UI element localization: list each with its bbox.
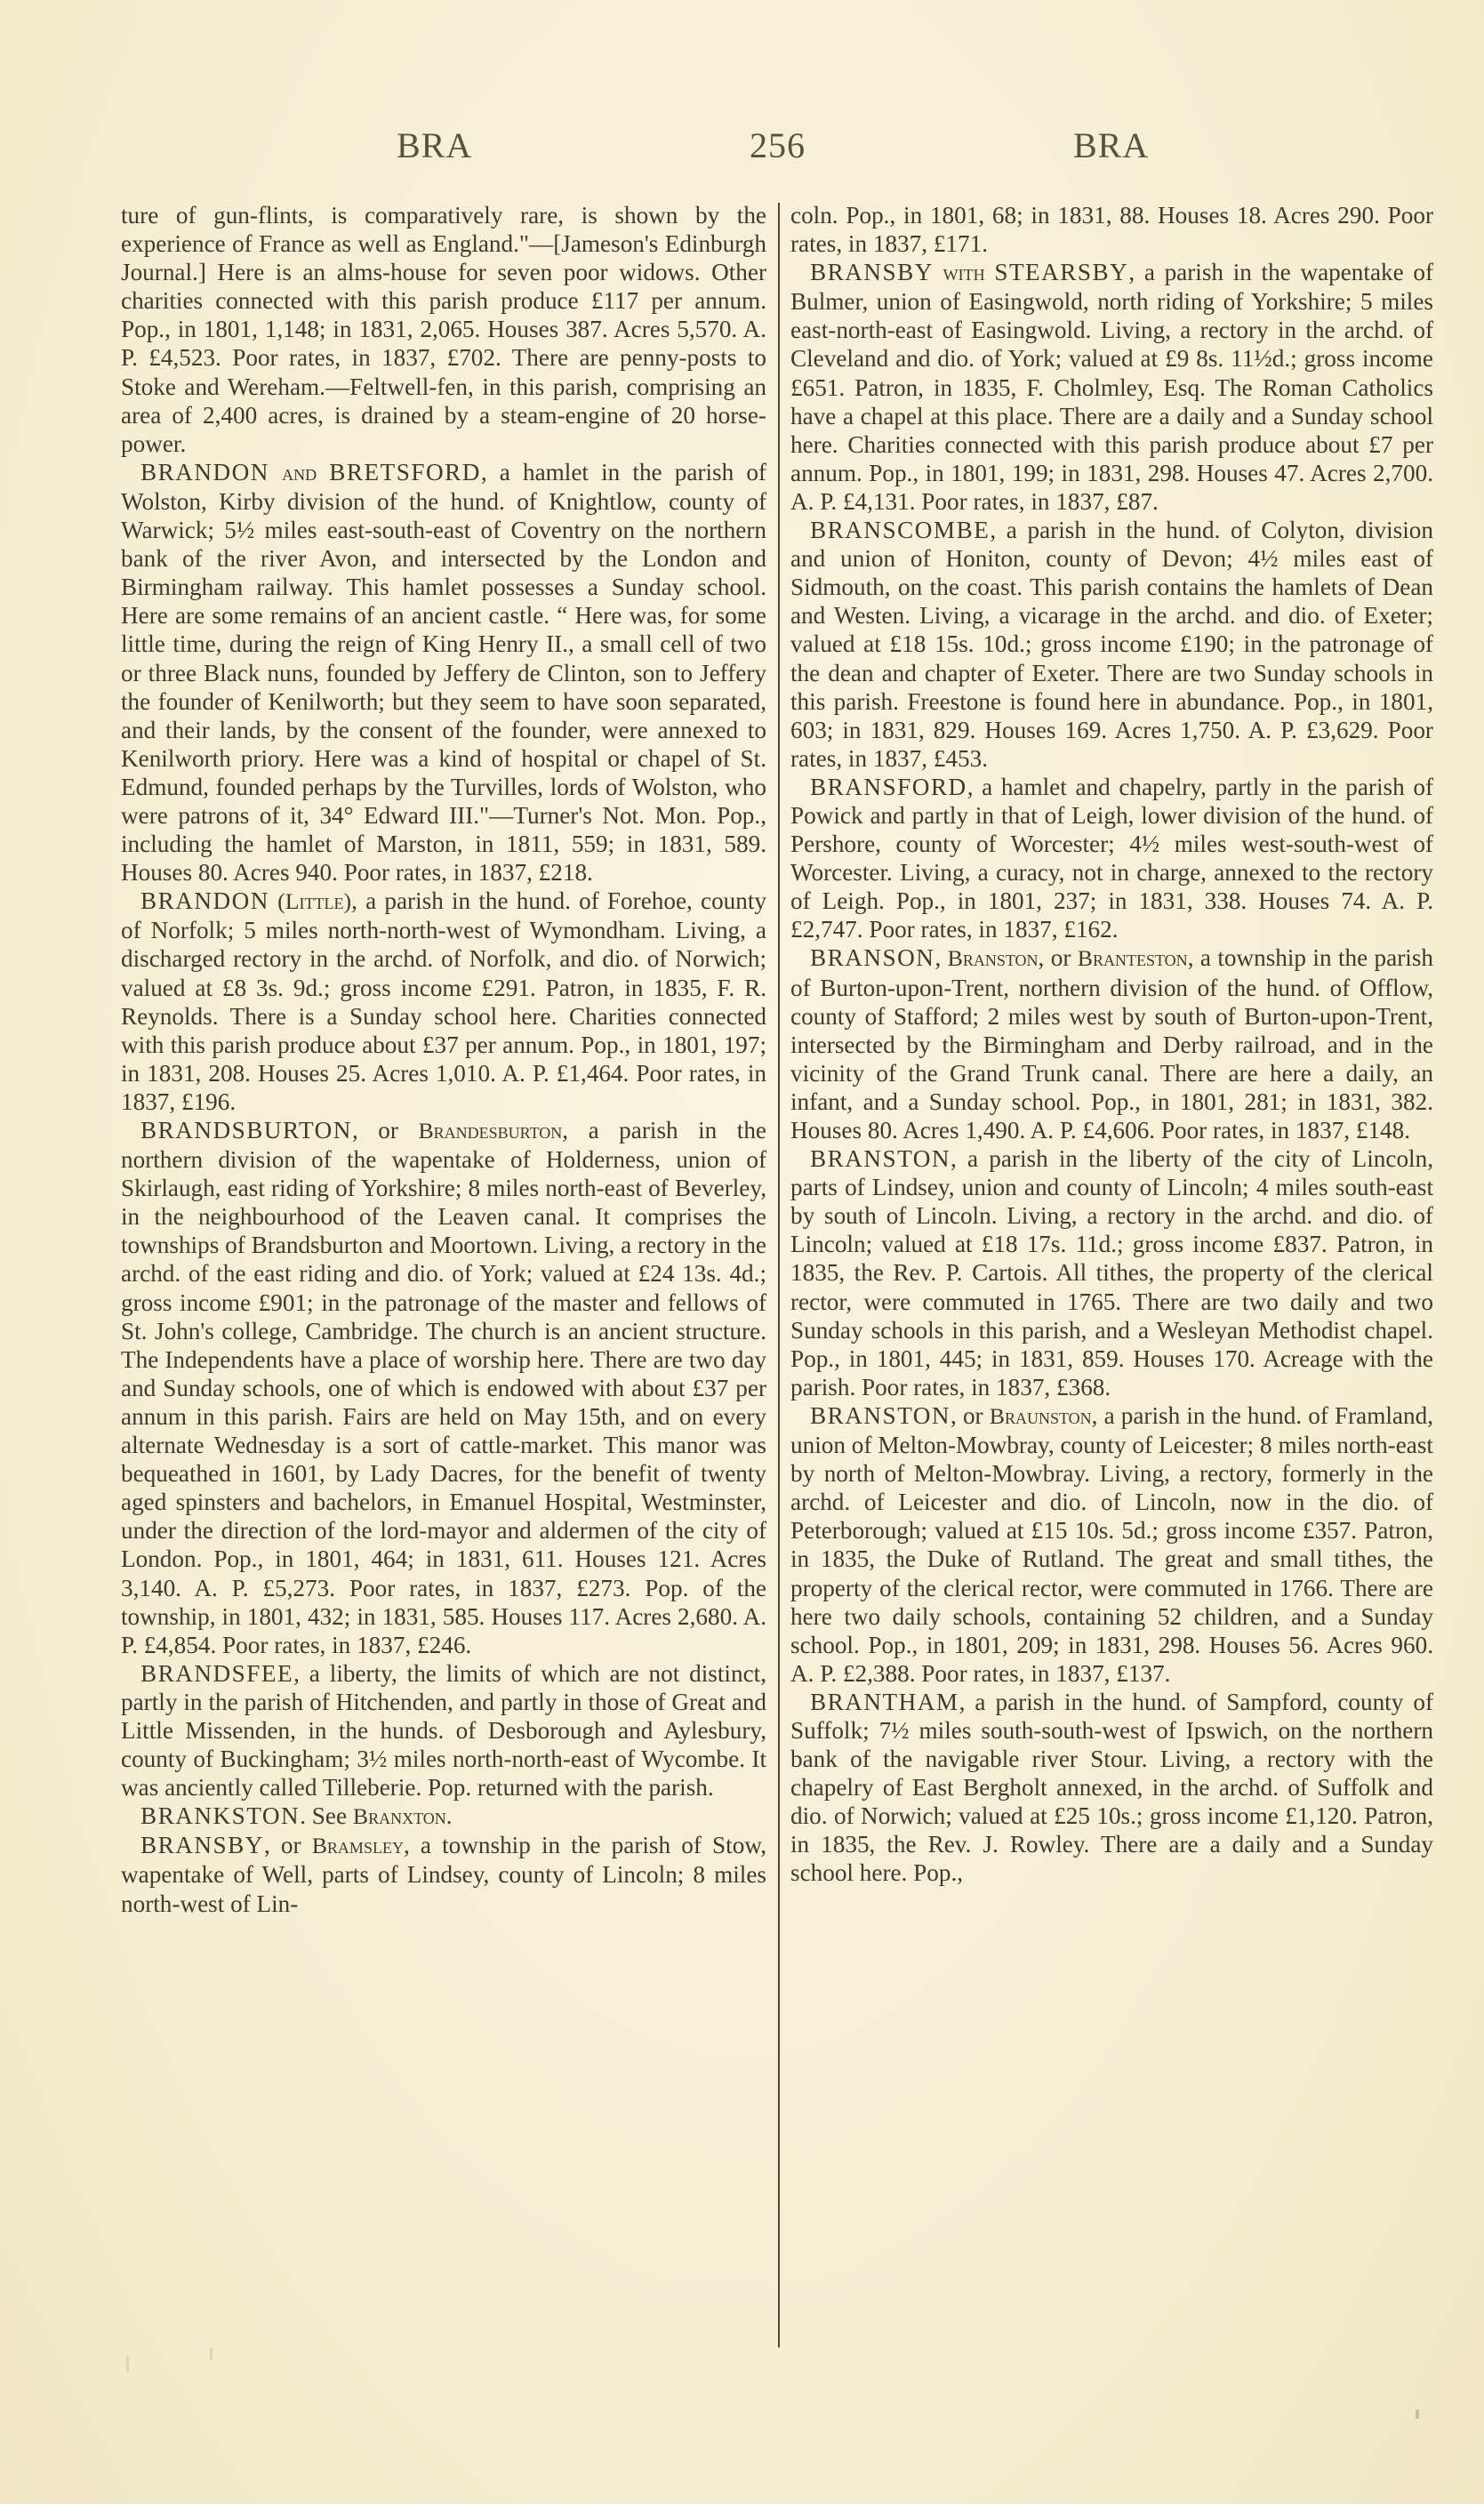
entry-headword: BRANSCOMBE [810, 517, 990, 543]
entry-text: , a parish in the hund. of Colyton, divi… [790, 517, 1433, 772]
entry-text: , a hamlet in the parish of Wolston, Kir… [121, 459, 766, 886]
paper-speck [210, 2347, 213, 2360]
entry-headword: BRANTHAM [810, 1689, 959, 1715]
entry-alt-name: Braunston [990, 1403, 1092, 1429]
entry-text: , a parish in the northern division of t… [121, 1117, 766, 1658]
entry-brandsfee: BRANDSFEE, a liberty, the limits of whic… [121, 1659, 766, 1802]
running-head-left: BRA [397, 124, 472, 164]
entry-text: , a parish in the hund. of Sampford, cou… [790, 1689, 1433, 1887]
entry-connector: with [943, 260, 985, 285]
entry-alt-name: Brandesburton [418, 1118, 562, 1144]
entry-branson: BRANSON, Branston, or Branteston, a town… [790, 943, 1433, 1144]
entry-headword: BRANSBY [810, 259, 934, 285]
entry-headword: STEARSBY [994, 259, 1128, 285]
entry-or: , or [264, 1832, 312, 1858]
entry-headword: BRANDON [140, 887, 269, 914]
paper-speck [1416, 2410, 1419, 2419]
entry-connector: and [282, 460, 317, 486]
entry-text: , a township in the parish of Burton-upo… [790, 944, 1433, 1144]
entry-text: , a parish in the hund. of Forehoe, coun… [121, 887, 766, 1115]
entry-headword: BRANSFORD [810, 774, 967, 800]
entry-text: . See [300, 1802, 353, 1829]
entry-tail: . [446, 1802, 453, 1829]
entry-brandsburton: BRANDSBURTON, or Brandesburton, a parish… [121, 1116, 766, 1659]
entry-brandon-and-bretsford: BRANDON and BRETSFORD, a hamlet in the p… [121, 458, 766, 887]
entry-headword: BRANSBY [140, 1832, 264, 1858]
entry-headword: BRANSON [810, 944, 935, 971]
entry-continuation: ture of gun-flints, is comparatively rar… [121, 201, 766, 458]
column-divider [778, 203, 780, 2347]
entry-alt-name: (Little) [277, 888, 351, 914]
entry-or: , or [352, 1117, 418, 1144]
entry-text: ture of gun-flints, is comparatively rar… [121, 202, 766, 457]
entry-brantham: BRANTHAM, a parish in the hund. of Sampf… [790, 1688, 1433, 1888]
paper-speck [126, 2356, 129, 2372]
entry-branscombe: BRANSCOMBE, a parish in the hund. of Col… [790, 516, 1433, 773]
entry-text: coln. Pop., in 1801, 68; in 1831, 88. Ho… [790, 202, 1433, 257]
entry-bransby-or-bramsley: BRANSBY, or Bramsley, a township in the … [121, 1831, 766, 1917]
entry-or: , or [951, 1402, 990, 1429]
entry-alt-name: Branston [948, 945, 1039, 971]
running-head-right: BRA [1073, 124, 1149, 164]
entry-bransby-with-stearsby: BRANSBY with STEARSBY, a parish in the w… [790, 258, 1433, 516]
entry-headword: BRANDON [140, 459, 269, 486]
cross-reference-link[interactable]: Branxton [353, 1803, 446, 1829]
entry-headword: BRANSTON [810, 1145, 951, 1172]
entry-headword: BRANKSTON [140, 1802, 300, 1829]
entry-brankston: BRANKSTON. See Branxton. [121, 1802, 766, 1831]
entry-bransford: BRANSFORD, a hamlet and chapelry, partly… [790, 773, 1433, 944]
entry-or: , or [1039, 944, 1078, 971]
entry-text: , a parish in the wapentake of Bulmer, u… [790, 259, 1433, 515]
entry-text: , a parish in the liberty of the city of… [790, 1145, 1433, 1400]
page-number: 256 [750, 124, 806, 164]
left-column: ture of gun-flints, is comparatively rar… [121, 201, 766, 1918]
entry-headword: BRANDSBURTON [140, 1117, 352, 1144]
entry-brandon-little: BRANDON (Little), a parish in the hund. … [121, 887, 766, 1116]
entry-branston-lincoln: BRANSTON, a parish in the liberty of the… [790, 1144, 1433, 1401]
entry-alt-name: Branteston [1078, 945, 1188, 971]
entry-headword: BRANDSFEE [140, 1660, 293, 1687]
entry-headword: BRANSTON [810, 1402, 951, 1429]
entry-alt-name: Bramsley [312, 1833, 404, 1858]
right-column: coln. Pop., in 1801, 68; in 1831, 88. Ho… [790, 201, 1433, 1888]
entry-text: , a parish in the hund. of Framland, uni… [790, 1402, 1433, 1687]
entry-headword: BRETSFORD [329, 459, 481, 486]
entry-continuation: coln. Pop., in 1801, 68; in 1831, 88. Ho… [790, 201, 1433, 258]
entry-branston-leicester: BRANSTON, or Braunston, a parish in the … [790, 1401, 1433, 1688]
